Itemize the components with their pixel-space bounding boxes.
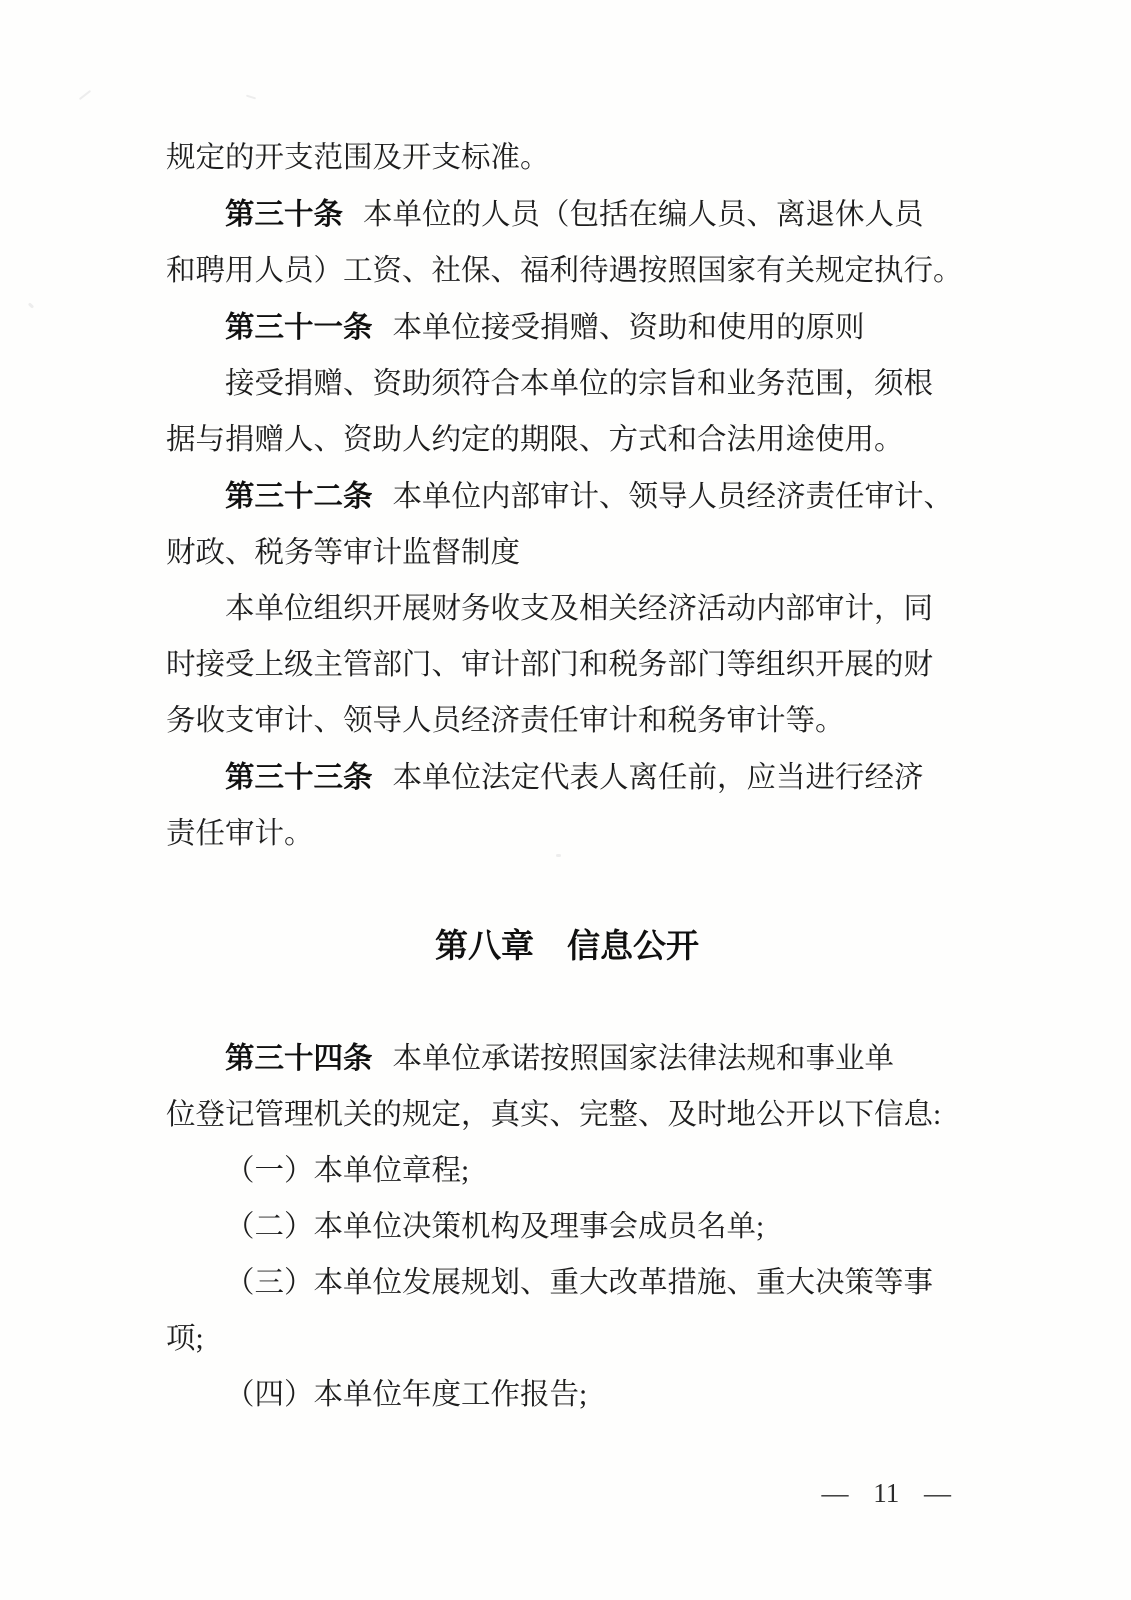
article-30-label: 第三十条 — [225, 197, 343, 231]
article-31-body-paragraph: 接受捐赠、资助须符合本单位的宗旨和业务范围，须根 据与捐赠人、资助人约定的期限、… — [166, 356, 968, 468]
scan-artifact — [246, 95, 256, 100]
article-34-label: 第三十四条 — [225, 1041, 373, 1075]
article-31-paragraph: 第三十一条本单位接受捐赠、资助和使用的原则 — [166, 299, 968, 356]
list-item-2: （二）本单位决策机构及理事会成员名单; — [166, 1199, 968, 1255]
article-33-label: 第三十三条 — [225, 760, 373, 794]
article-31-label: 第三十一条 — [225, 310, 373, 344]
scanned-document-page: 规定的开支范围及开支标准。 第三十条本单位的人员（包括在编人员、离退休人员 和聘… — [0, 0, 1131, 1600]
chapter-8-heading: 第八章 信息公开 — [166, 918, 968, 974]
document-body: 规定的开支范围及开支标准。 第三十条本单位的人员（包括在编人员、离退休人员 和聘… — [166, 130, 968, 1423]
list-item-4: （四）本单位年度工作报告; — [166, 1367, 968, 1423]
paragraph-continuation: 规定的开支范围及开支标准。 — [166, 130, 968, 186]
page-number: — 11 — — [822, 1478, 952, 1509]
scan-artifact — [79, 90, 91, 100]
article-34-paragraph: 第三十四条本单位承诺按照国家法律法规和事业单 位登记管理机关的规定，真实、完整、… — [166, 1030, 968, 1143]
article-32-paragraph: 第三十二条本单位内部审计、领导人员经济责任审计、 财政、税务等审计监督制度 — [166, 468, 968, 581]
article-33-paragraph: 第三十三条本单位法定代表人离任前，应当进行经济 责任审计。 — [166, 749, 968, 862]
article-32-body-paragraph: 本单位组织开展财务收支及相关经济活动内部审计，同 时接受上级主管部门、审计部门和… — [166, 581, 968, 749]
article-31-text: 本单位接受捐赠、资助和使用的原则 — [393, 312, 865, 344]
scan-artifact — [28, 302, 34, 308]
article-32-label: 第三十二条 — [225, 479, 373, 513]
list-item-3: （三）本单位发展规划、重大改革措施、重大决策等事 项; — [166, 1255, 968, 1367]
article-30-paragraph: 第三十条本单位的人员（包括在编人员、离退休人员 和聘用人员）工资、社保、福利待遇… — [166, 186, 968, 299]
list-item-1: （一）本单位章程; — [166, 1143, 968, 1199]
